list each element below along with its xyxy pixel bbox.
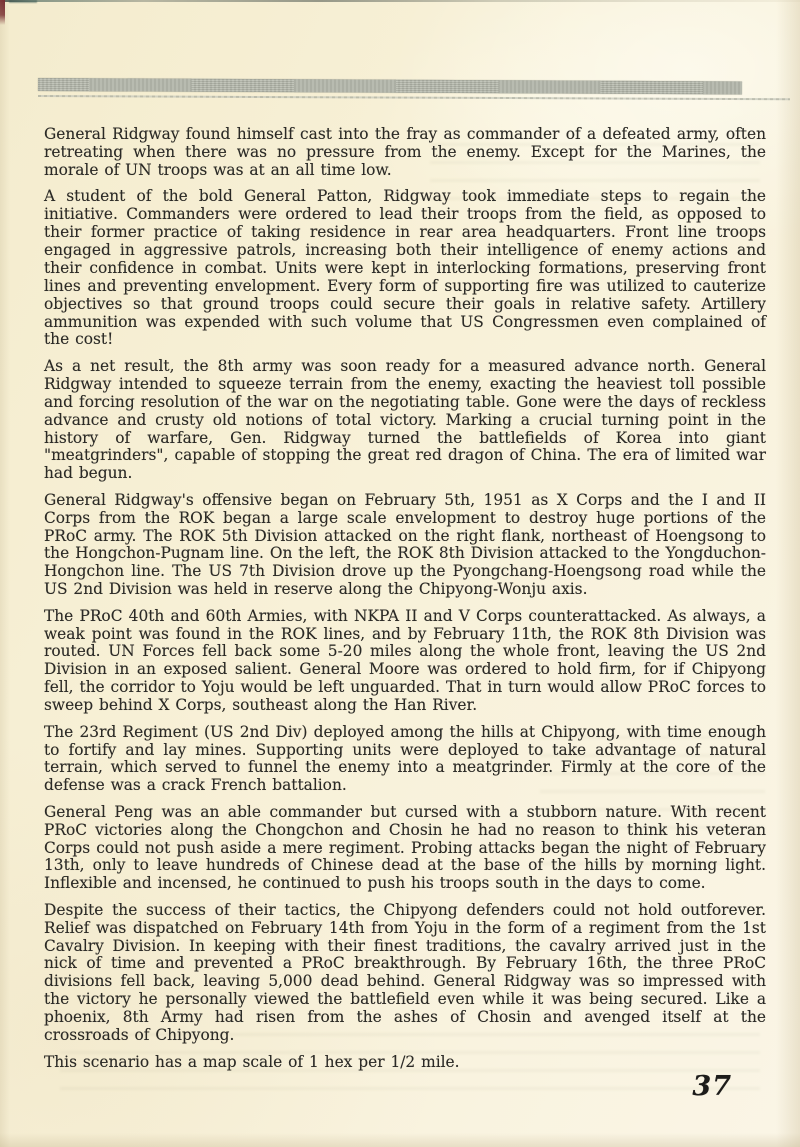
scanned-page: General Ridgway found himself cast into … (0, 0, 800, 1147)
bottom-edge-shadow (0, 1133, 800, 1147)
right-edge-shadow (776, 0, 800, 1147)
body-paragraph: The PRoC 40th and 60th Armies, with NKPA… (44, 608, 766, 715)
body-paragraph: A student of the bold General Patton, Ri… (44, 188, 766, 349)
body-paragraph: General Peng was an able commander but c… (44, 804, 766, 894)
body-paragraph: General Ridgway's offensive began on Feb… (44, 492, 766, 599)
map-scale-note: This scenario has a map scale of 1 hex p… (44, 1054, 766, 1072)
scan-top-edge (0, 0, 800, 2)
body-paragraph: Despite the success of their tactics, th… (44, 902, 766, 1045)
body-text: General Ridgway found himself cast into … (44, 126, 766, 1080)
body-paragraph: As a net result, the 8th army was soon r… (44, 358, 766, 483)
body-paragraph: General Ridgway found himself cast into … (44, 126, 766, 180)
section-divider-bar (38, 78, 742, 94)
section-divider-rule (38, 95, 790, 100)
page-number: 37 (692, 1071, 732, 1102)
body-paragraph: The 23rd Regiment (US 2nd Div) deployed … (44, 724, 766, 796)
left-edge-shadow (0, 0, 10, 1147)
scan-edge-mark (9, 0, 37, 3)
